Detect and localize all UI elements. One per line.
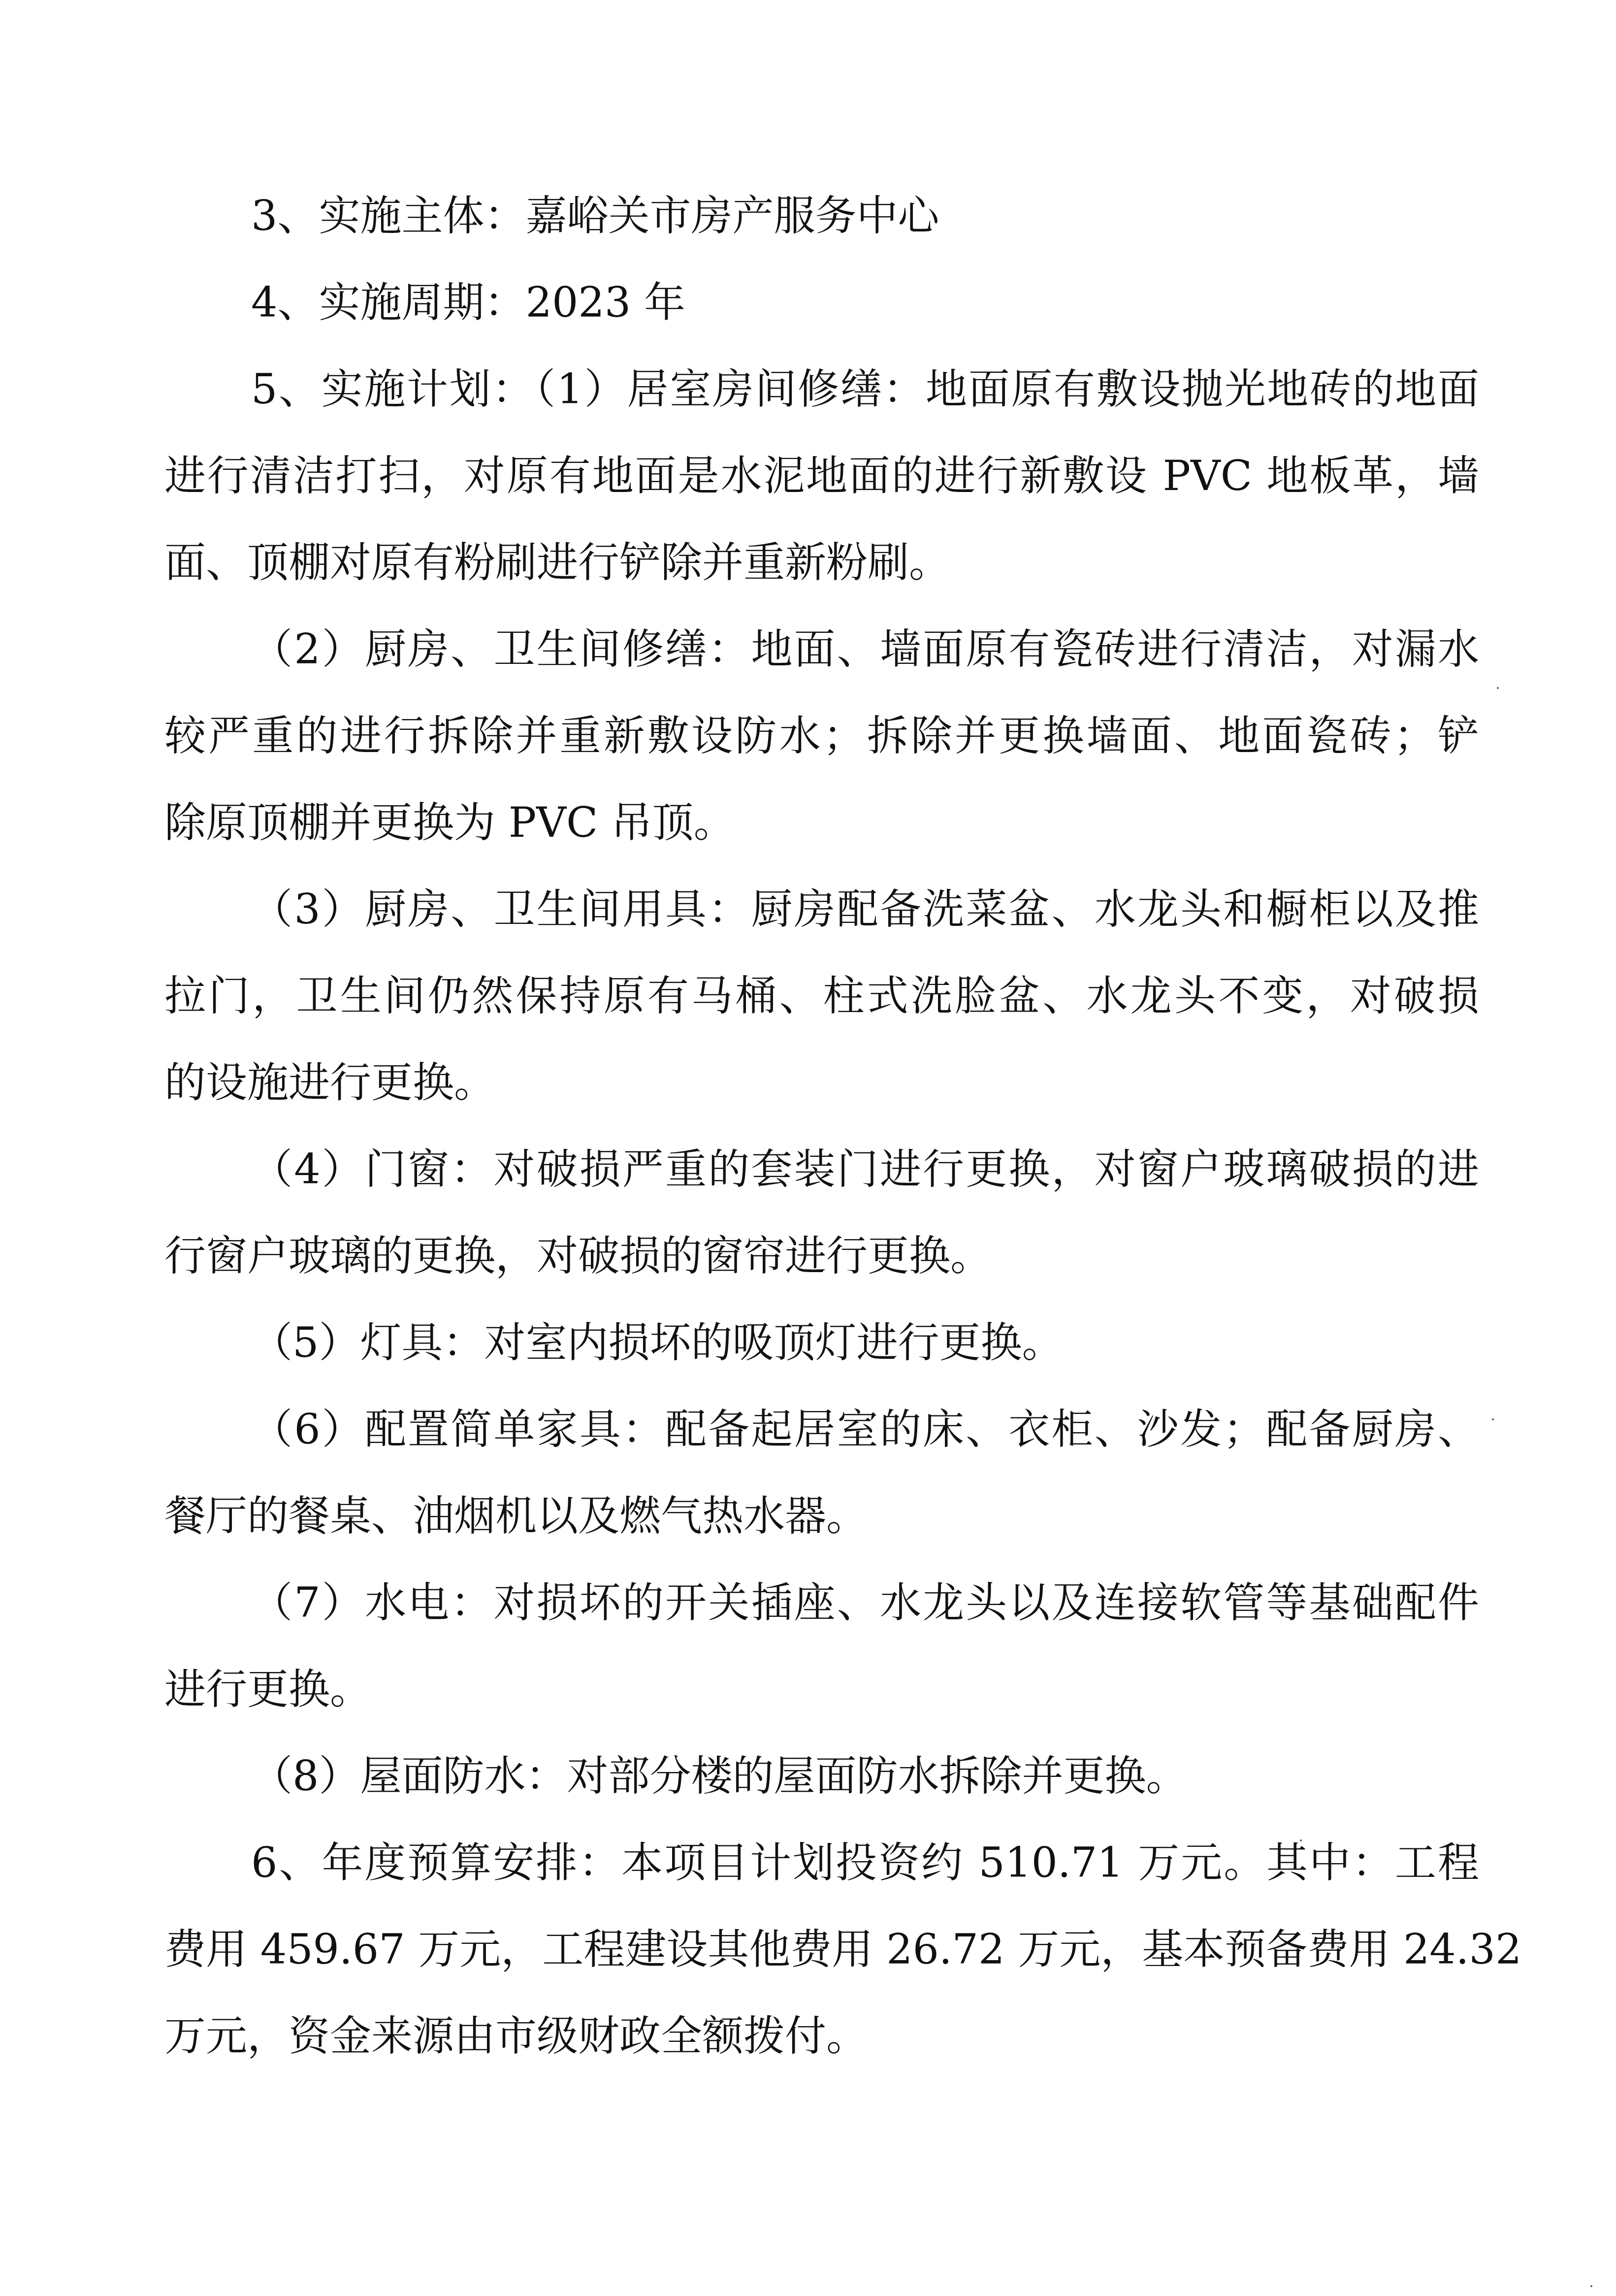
text-line: 餐厅的餐桌、油烟机以及燃气热水器。 [164,1473,1479,1559]
text-line: 除原顶棚并更换为 PVC 吊顶。 [164,779,1479,866]
scan-speck [1492,1418,1494,1420]
text-line: （6）配置简单家具：配备起居室的床、衣柜、沙发；配备厨房、 [164,1386,1479,1473]
text-line: 进行清洁打扫，对原有地面是水泥地面的进行新敷设 PVC 地板革，墙 [164,432,1479,519]
text-line: （7）水电：对损坏的开关插座、水龙头以及连接软管等基础配件 [164,1559,1479,1646]
text-line: 拉门，卫生间仍然保持原有马桶、柱式洗脸盆、水龙头不变，对破损 [164,952,1479,1039]
text-line: 4、实施周期：2023 年 [164,259,1479,346]
scan-speck [1497,687,1499,689]
text-line: 5、实施计划：（1）居室房间修缮：地面原有敷设抛光地砖的地面 [164,346,1479,432]
text-line: 万元，资金来源由市级财政全额拨付。 [164,1993,1479,2079]
text-line: （2）厨房、卫生间修缮：地面、墙面原有瓷砖进行清洁，对漏水 [164,606,1479,692]
text-line: 费用 459.67 万元，工程建设其他费用 26.72 万元，基本预备费用 24… [164,1906,1479,1993]
scan-speck [1590,2285,1592,2287]
text-line: 面、顶棚对原有粉刷进行铲除并重新粉刷。 [164,519,1479,606]
document-page: 3、实施主体：嘉峪关市房产服务中心 4、实施周期：2023 年 5、实施计划：（… [164,172,1479,2079]
scan-speck [1300,1839,1302,1841]
text-line: （8）屋面防水：对部分楼的屋面防水拆除并更换。 [164,1733,1479,1819]
text-line: 的设施进行更换。 [164,1039,1479,1126]
text-line: 较严重的进行拆除并重新敷设防水；拆除并更换墙面、地面瓷砖；铲 [164,692,1479,779]
text-line: 6、年度预算安排：本项目计划投资约 510.71 万元。其中：工程 [164,1819,1479,1906]
text-line: （3）厨房、卫生间用具：厨房配备洗菜盆、水龙头和橱柜以及推 [164,866,1479,952]
text-line: 进行更换。 [164,1646,1479,1733]
text-line: 行窗户玻璃的更换，对破损的窗帘进行更换。 [164,1213,1479,1299]
text-line: （4）门窗：对破损严重的套装门进行更换，对窗户玻璃破损的进 [164,1126,1479,1213]
text-line: 3、实施主体：嘉峪关市房产服务中心 [164,172,1479,259]
text-line: （5）灯具：对室内损坏的吸顶灯进行更换。 [164,1299,1479,1386]
